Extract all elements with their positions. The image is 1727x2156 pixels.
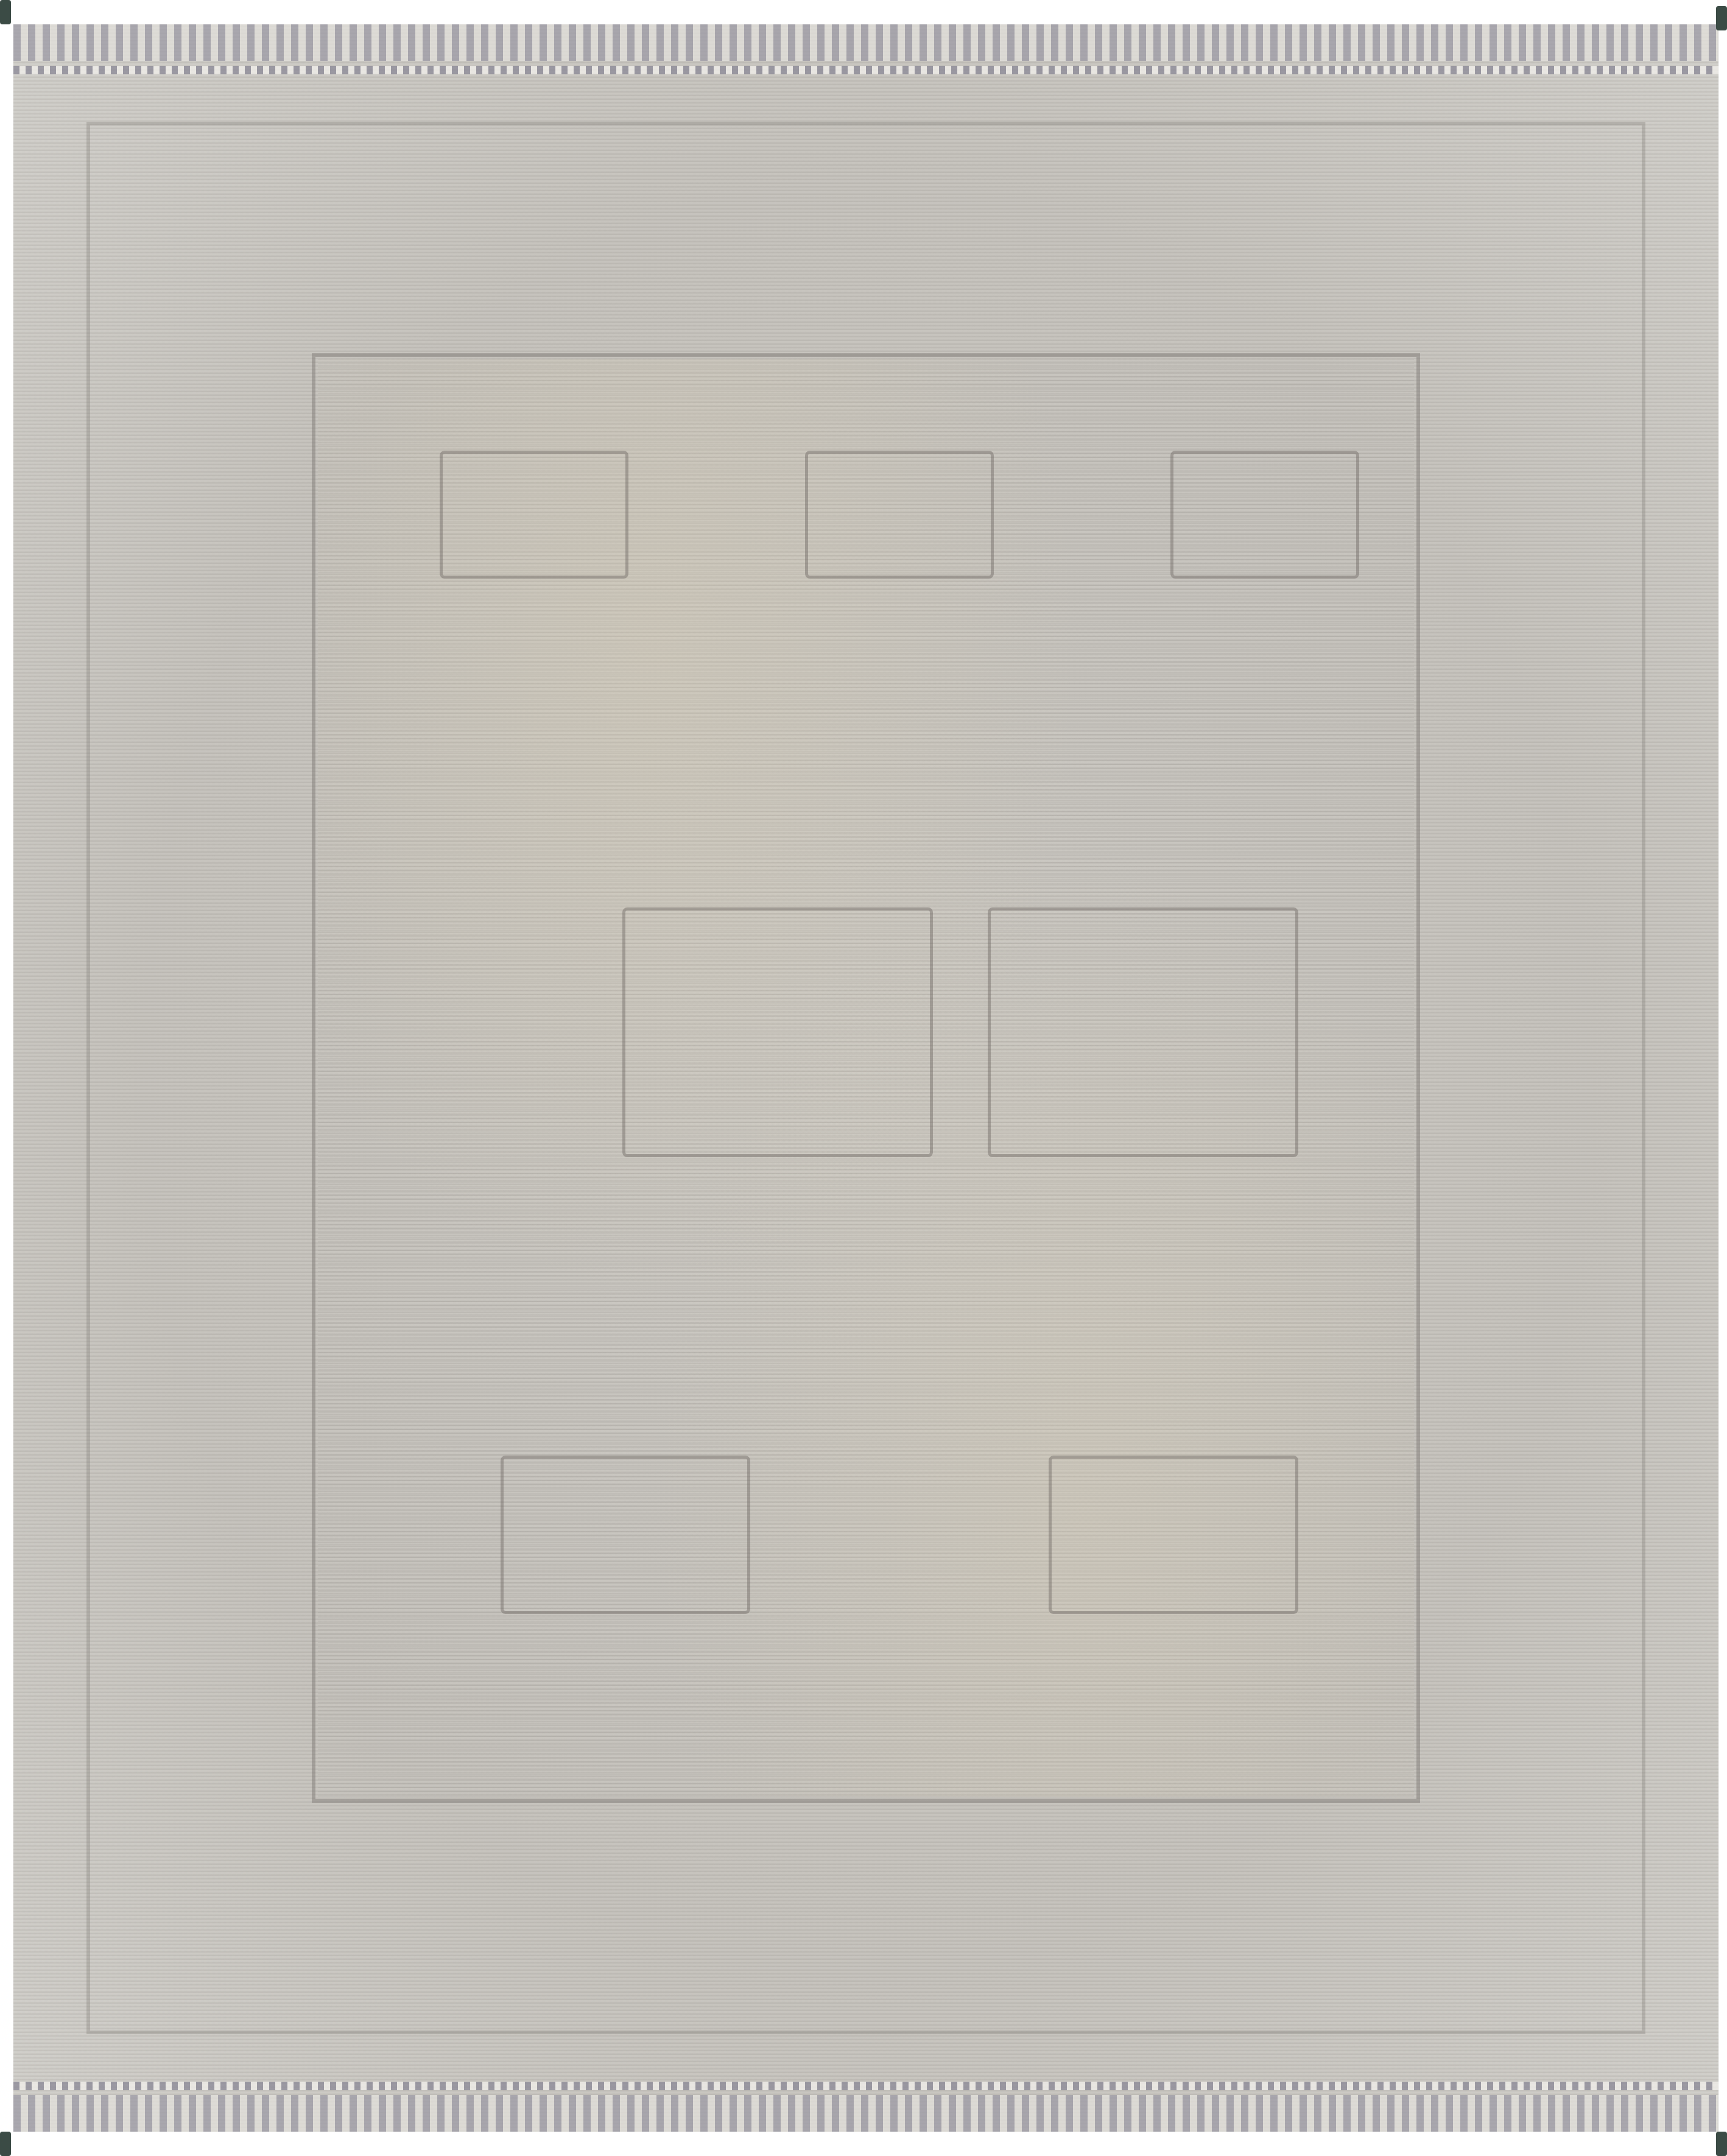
fringe-tassel: [1716, 6, 1727, 30]
bottom-braid: [13, 2082, 1718, 2090]
bottom-kilim-end: [13, 2095, 1718, 2132]
central-field: [318, 359, 1414, 1797]
fringe-tassel: [1716, 2132, 1727, 2156]
motif: [988, 907, 1298, 1157]
top-braid: [13, 66, 1718, 74]
motif: [501, 1456, 750, 1614]
motif: [622, 907, 933, 1157]
fringe-tassel: [0, 2132, 11, 2156]
motif: [1049, 1456, 1298, 1614]
rug: [13, 24, 1718, 2132]
motif: [1170, 451, 1359, 579]
top-kilim-end: [13, 24, 1718, 61]
motif: [440, 451, 628, 579]
motif: [805, 451, 994, 579]
fringe-tassel: [0, 0, 11, 24]
